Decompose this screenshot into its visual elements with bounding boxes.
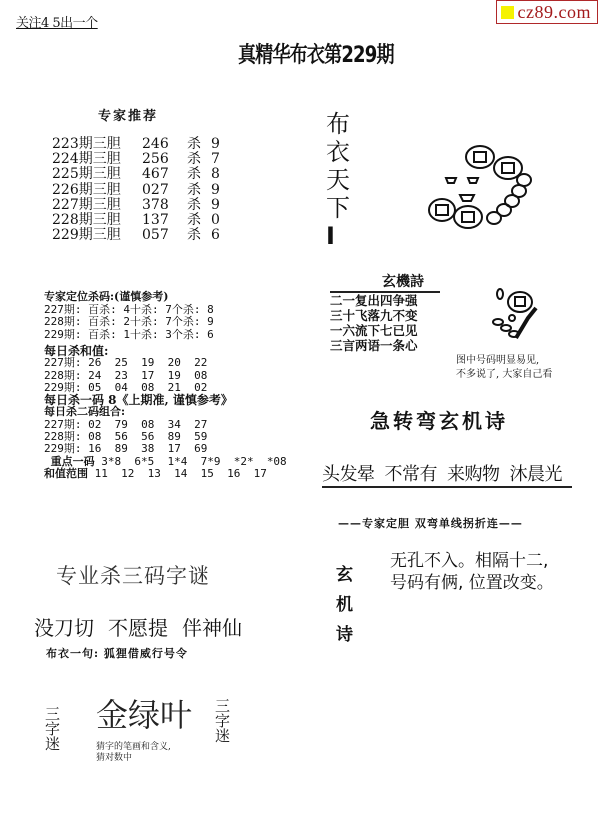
riddle-line: 布衣一句: 狐狸借威行号令 xyxy=(46,645,188,661)
riddle-words: 没刀切不愿提伴神仙 xyxy=(34,612,244,641)
period: 224期三胆 xyxy=(52,152,142,167)
riddle-word-gold-leaf: 金绿叶 xyxy=(96,690,192,736)
poem-line: 三言两语一条心 xyxy=(330,338,440,353)
char: 玄 xyxy=(336,560,353,590)
char: I xyxy=(326,222,350,250)
poem-line: 无孔不入。相隔十二, xyxy=(390,550,554,572)
watermark-text: cz89.com xyxy=(518,2,591,23)
riddle-title: 专业杀三码字谜 xyxy=(56,560,210,590)
buyi-vertical-title: 布 衣 天 下 I xyxy=(326,110,350,250)
kill-label: 杀 xyxy=(187,198,211,213)
list-item: 227期三胆378杀9 xyxy=(52,198,220,213)
jizhuan-title: 急转弯玄机诗 xyxy=(370,405,508,434)
jizhuan-word: 头发晕 xyxy=(322,464,375,485)
kill-label: 杀 xyxy=(187,137,211,152)
three-char-riddle-left-label: 三字迷 xyxy=(42,706,63,751)
page-title: 真精华布衣第229期 xyxy=(238,38,394,69)
kill: 6 xyxy=(211,228,220,243)
nums: 246 xyxy=(142,137,187,152)
list-item: 224期三胆256杀7 xyxy=(52,152,220,167)
char: 诗 xyxy=(336,620,353,650)
char: 下 xyxy=(326,194,350,222)
riddle-word: 伴神仙 xyxy=(182,616,242,640)
chain-coin-illustration-icon xyxy=(490,288,550,343)
kill-label: 杀 xyxy=(187,152,211,167)
char: 天 xyxy=(326,166,350,194)
jizhuan-word: 不常有 xyxy=(385,464,438,485)
key-code-label: 重点一码 xyxy=(51,455,95,468)
position-kill-block: 专家定位杀码:(谨慎参考) 227期: 百杀: 4十杀: 7个杀: 8 228期… xyxy=(44,291,214,341)
list-item: 223期三胆246杀9 xyxy=(52,137,220,152)
kill: 7 xyxy=(211,152,220,167)
period: 226期三胆 xyxy=(52,183,142,198)
kill: 0 xyxy=(211,213,220,228)
period: 229期三胆 xyxy=(52,228,142,243)
expert-recommend-title: 专家推荐 xyxy=(98,105,158,124)
poem-line: 一六流下七已见 xyxy=(330,323,440,338)
nums: 378 xyxy=(142,198,187,213)
nums: 057 xyxy=(142,228,187,243)
picture-note: 图中号码明显易见, 不多说了, 大家自己看 xyxy=(456,354,552,382)
note-line: 图中号码明显易见, xyxy=(456,354,552,368)
poem-line: 三十飞落九不变 xyxy=(330,308,440,323)
sum-range-values: 11 12 13 14 15 16 17 xyxy=(95,467,267,480)
period: 228期三胆 xyxy=(52,213,142,228)
kill-label: 杀 xyxy=(187,228,211,243)
nums: 467 xyxy=(142,167,187,182)
list-item: 227期: 26 25 19 20 22 xyxy=(44,357,287,369)
watermark-badge[interactable]: cz89.com xyxy=(496,0,598,24)
xj-vertical-title: 玄 机 诗 xyxy=(336,560,353,650)
kill: 9 xyxy=(211,183,220,198)
char: 机 xyxy=(336,590,353,620)
kill: 9 xyxy=(211,137,220,152)
poem-line: 号码有俩, 位置改变。 xyxy=(390,572,554,594)
yellow-square-icon xyxy=(501,6,514,19)
riddle-word: 不愿提 xyxy=(108,616,168,640)
key-code-values: 3*8 6*5 1*4 7*9 *2* *08 xyxy=(101,455,286,468)
jizhuan-words: 头发晕不常有来购物沐晨光 xyxy=(322,460,572,488)
char: 布 xyxy=(326,110,350,138)
list-item: 226期三胆027杀9 xyxy=(52,183,220,198)
period: 223期三胆 xyxy=(52,137,142,152)
kill-label: 杀 xyxy=(187,183,211,198)
three-char-riddle-right-label: 三字迷 xyxy=(212,698,233,743)
sum-range-label: 和值范围 xyxy=(44,467,88,480)
list-item: 225期三胆467杀8 xyxy=(52,167,220,182)
xuanji-poem-box: 玄機詩 二一复出四争强 三十飞落九不变 一六流下七已见 三言两语一条心 xyxy=(330,273,440,353)
expert-bile-banner: ——专家定胆 双弯单线拐折连—— xyxy=(338,515,523,531)
period: 227期三胆 xyxy=(52,198,142,213)
char: 衣 xyxy=(326,138,350,166)
daily-kill-block: 每日杀和值: 227期: 26 25 19 20 22 228期: 24 23 … xyxy=(44,345,287,480)
kill: 8 xyxy=(211,167,220,182)
poem-line: 二一复出四争强 xyxy=(330,293,440,308)
jizhuan-word: 来购物 xyxy=(447,464,500,485)
list-item: 228期三胆137杀0 xyxy=(52,213,220,228)
list-item: 229期三胆057杀6 xyxy=(52,228,220,243)
nums: 137 xyxy=(142,213,187,228)
kill: 9 xyxy=(211,198,220,213)
daily-two-title: 每日杀二码组合: xyxy=(44,406,287,418)
xj-poem: 无孔不入。相隔十二, 号码有俩, 位置改变。 xyxy=(390,550,554,594)
coins-illustration-icon xyxy=(428,140,568,230)
top-note: 关注4 5出一个 xyxy=(16,12,98,31)
kill-label: 杀 xyxy=(187,167,211,182)
riddle-word: 没刀切 xyxy=(34,616,94,640)
xuanji-poem-title: 玄機詩 xyxy=(330,273,440,293)
jizhuan-word: 沐晨光 xyxy=(510,464,563,485)
nums: 256 xyxy=(142,152,187,167)
kill-label: 杀 xyxy=(187,213,211,228)
period: 225期三胆 xyxy=(52,167,142,182)
riddle-hint: 猜字的笔画和含义,猜对数中 xyxy=(96,742,178,764)
sum-range-row: 和值范围 11 12 13 14 15 16 17 xyxy=(44,468,287,480)
position-kill-title: 专家定位杀码:(谨慎参考) xyxy=(44,291,214,304)
nums: 027 xyxy=(142,183,187,198)
expert-recommend-list: 223期三胆246杀9 224期三胆256杀7 225期三胆467杀8 226期… xyxy=(52,137,220,243)
list-item: 228期: 百杀: 2十杀: 7个杀: 9 xyxy=(44,316,214,329)
list-item: 229期: 百杀: 1十杀: 3个杀: 6 xyxy=(44,329,214,342)
note-line: 不多说了, 大家自己看 xyxy=(456,368,552,382)
